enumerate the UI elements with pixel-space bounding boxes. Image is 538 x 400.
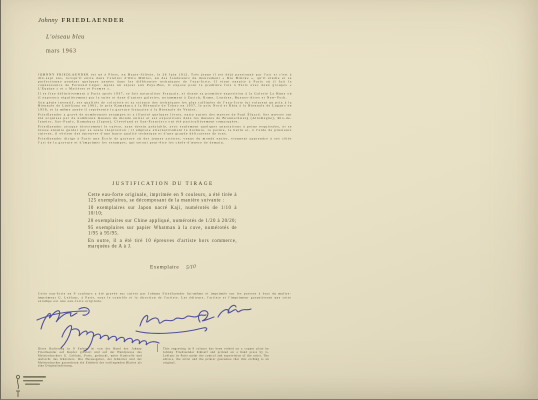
signature-friedlaender <box>136 315 207 333</box>
tirage-item: 20 exemplaires sur Chine appliqué, numér… <box>88 218 237 224</box>
exemplaire-line: Exemplaire5/10 <box>150 264 270 280</box>
exemplaire-label: Exemplaire <box>150 265 179 271</box>
printer-mark <box>12 371 52 398</box>
work-title: L'oiseau bleu <box>46 33 126 43</box>
justification-heading: JUSTIFICATION DU TIRAGE <box>88 181 238 189</box>
exemplaire-handwritten-number: 5/10 <box>186 263 196 270</box>
printer-mark-figure-icon <box>16 375 20 397</box>
caption-divider <box>157 344 158 352</box>
colophon-page: JohnnyFRIEDLAENDER L'oiseau bleu mars 19… <box>0 0 538 400</box>
biography-paragraph: Il se fixe définitivement à Paris après … <box>38 92 292 99</box>
artist-line: JohnnyFRIEDLAENDER <box>38 16 178 30</box>
biography-paragraph: Son génie inventif, ses qualités de colo… <box>38 101 292 112</box>
tirage-item: 10 exemplaires sur Japon nacré Kaji, num… <box>88 205 237 216</box>
signature-editor-1 <box>37 308 89 329</box>
caption-english: This engraving in 9 colours has been etc… <box>163 347 269 373</box>
tirage-block: Cette eau-forte originale, imprimée en 9… <box>88 192 238 260</box>
artist-first-name: Johnny <box>38 16 58 24</box>
tirage-item: 95 exemplaires sur papier Whatman à la c… <box>88 225 237 236</box>
biography-paragraph: JOHNNY FRIEDLAENDER est né à Pless, en H… <box>38 73 292 91</box>
caption-german: Diese Radierung in 9 Farben ist von der … <box>38 347 142 373</box>
biography-block: JOHNNY FRIEDLAENDER est né à Pless, en H… <box>38 73 292 163</box>
tirage-outro: En outre, il a été tiré 10 épreuves d'ar… <box>88 238 237 249</box>
printer-mark-text-lines <box>23 376 46 385</box>
signature-leblanc <box>199 305 251 322</box>
biography-paragraph: Friedlaender attaque directement le cuiv… <box>38 125 292 136</box>
artist-last-name: FRIEDLAENDER <box>61 17 124 24</box>
work-date: mars 1963 <box>46 47 126 57</box>
tirage-intro: Cette eau-forte originale, imprimée en 9… <box>88 192 237 203</box>
biography-paragraph: Friedlaender a gravé de nombreuses estam… <box>38 113 292 124</box>
biography-paragraph: Friedlaender dirige à Paris une École de… <box>38 137 292 144</box>
